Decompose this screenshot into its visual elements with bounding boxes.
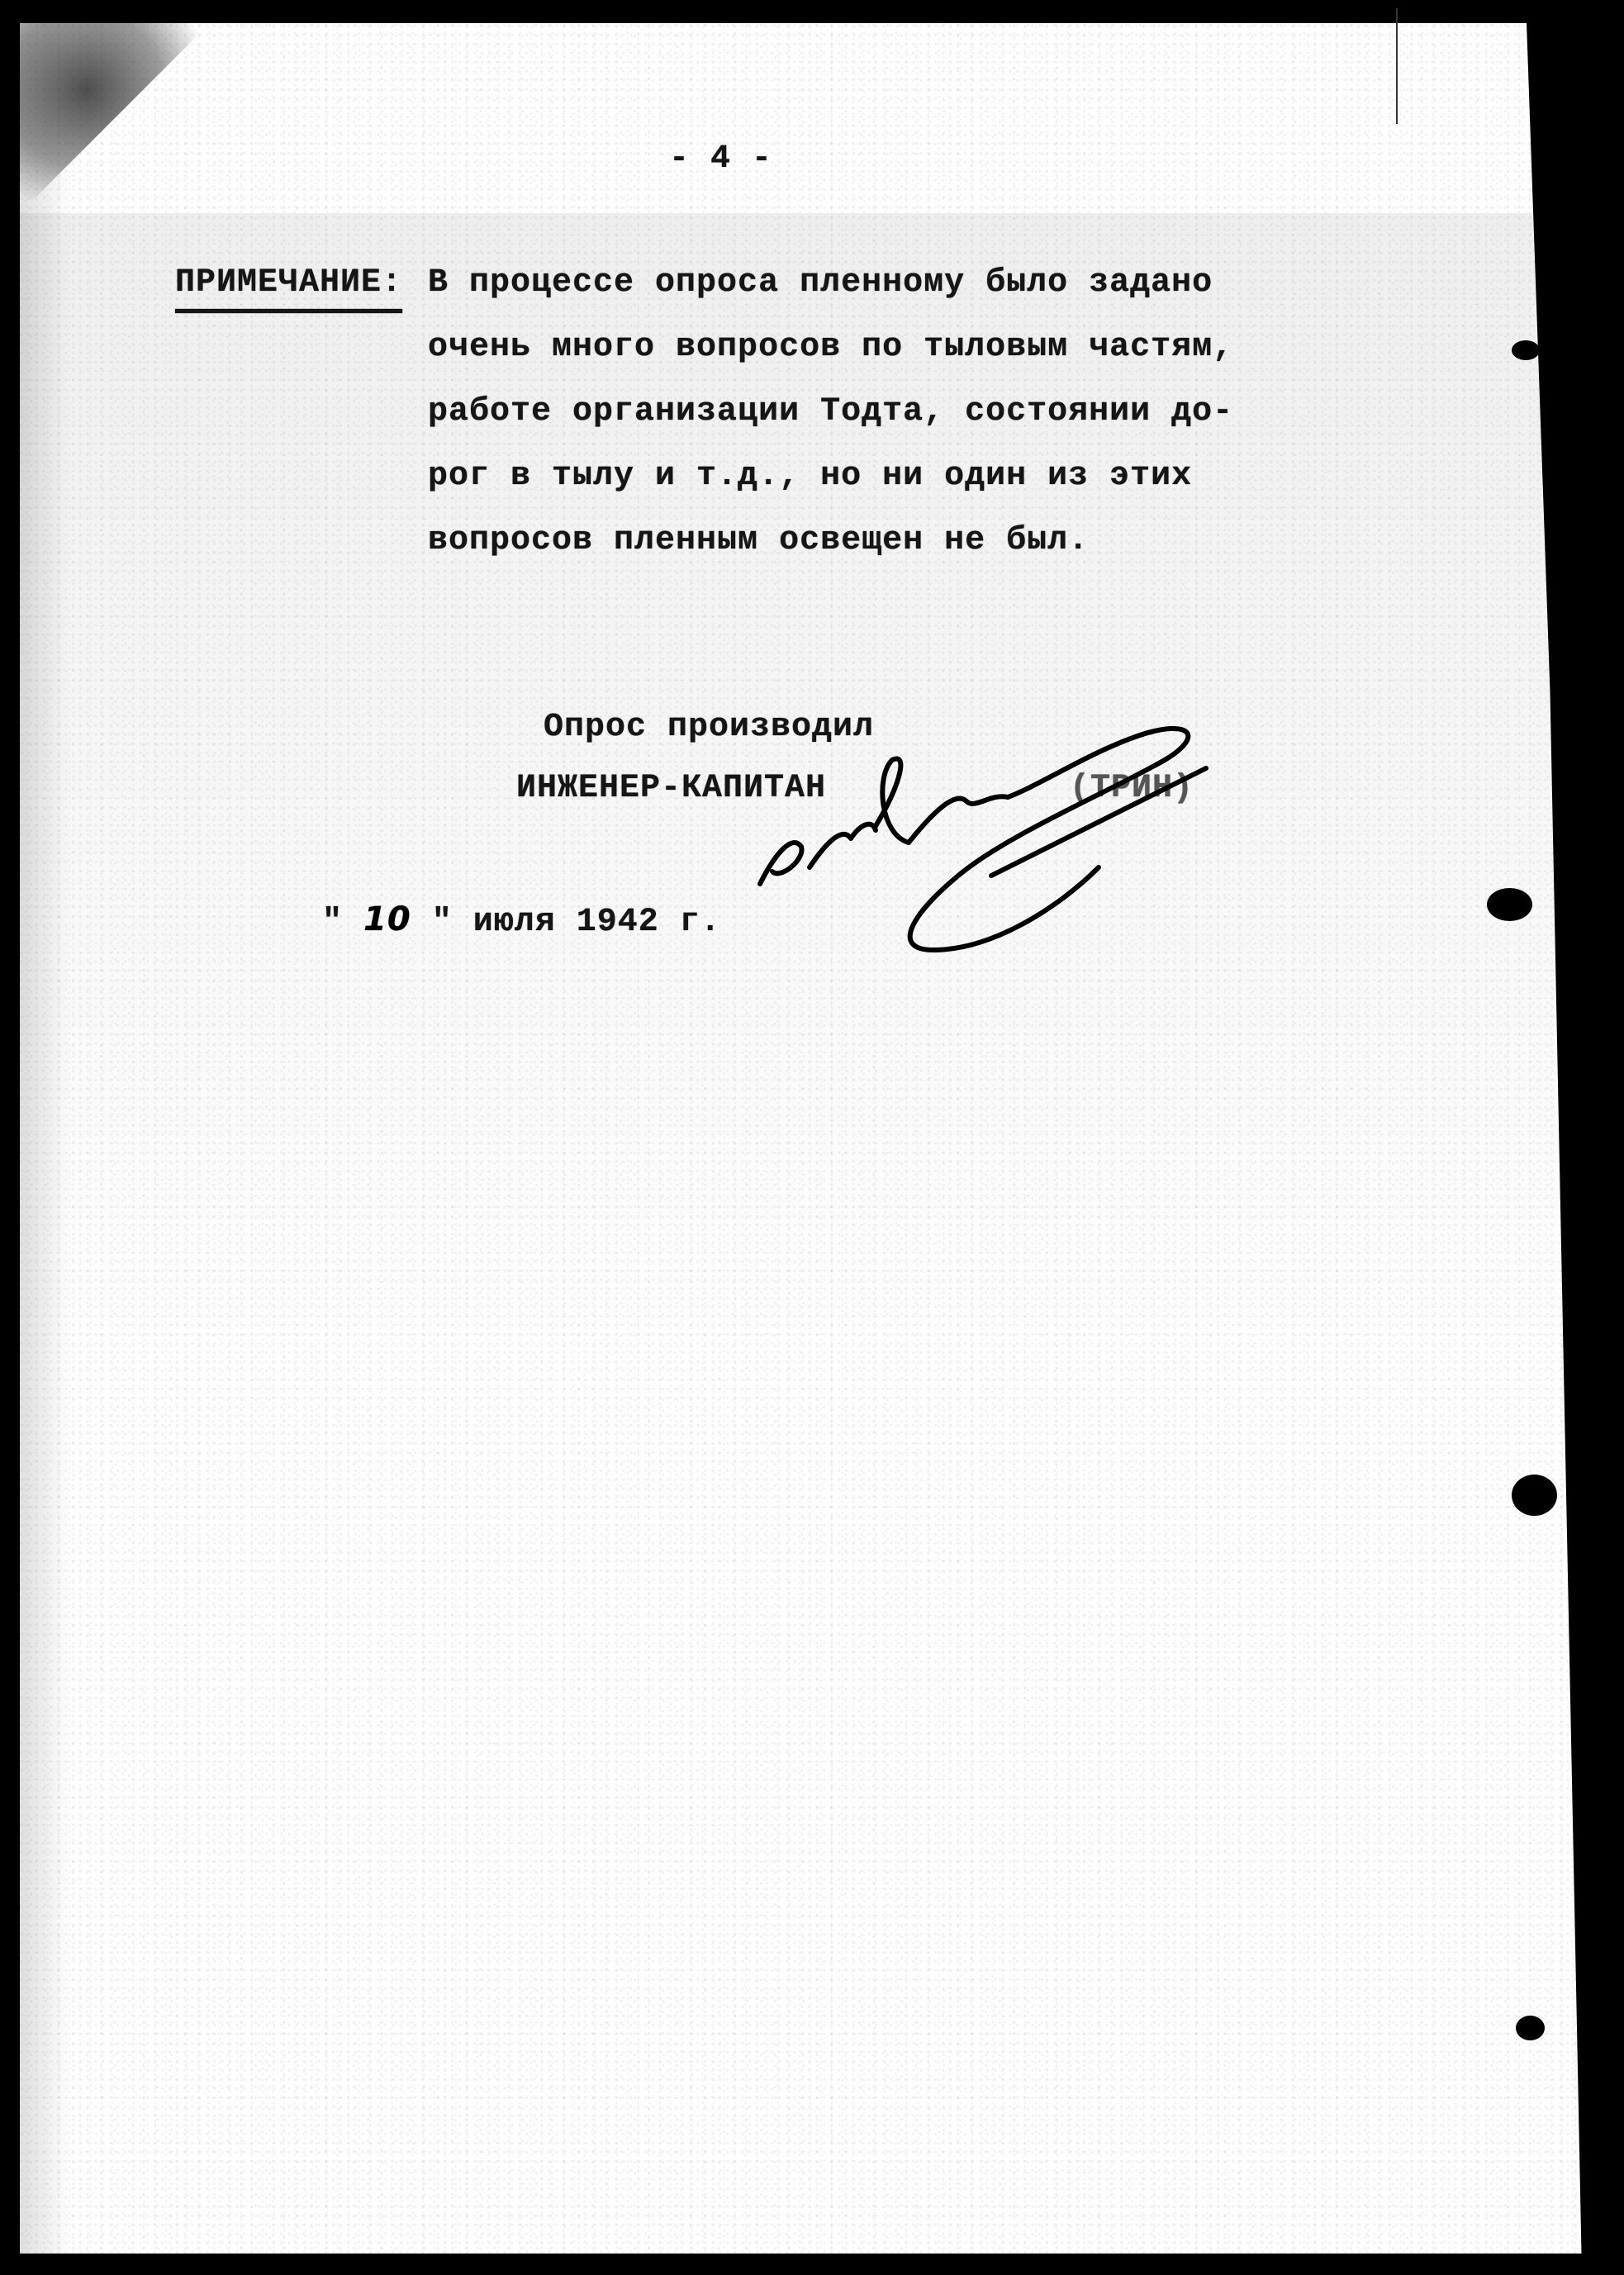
date-day: 10 <box>363 900 411 938</box>
date-open-quote: " <box>322 904 343 941</box>
note-line: очень много вопросов по тыловым частям, <box>428 329 1233 366</box>
punch-hole-mark <box>1512 1475 1557 1516</box>
note-line: В процессе опроса пленному было задано <box>428 264 1213 302</box>
punch-hole-mark <box>1487 888 1532 921</box>
note-line: рог в тылу и т.д., но ни один из этих <box>428 458 1192 495</box>
date-close-quote: " <box>432 904 453 941</box>
scan-artifact-line <box>1396 8 1398 124</box>
note-label: ПРИМЕЧАНИЕ: <box>175 264 402 302</box>
punch-hole-mark <box>1516 2016 1545 2040</box>
note-line: вопросов пленным освещен не был. <box>428 522 1089 559</box>
corner-smudge <box>20 23 210 213</box>
punch-hole-mark <box>1512 340 1540 360</box>
signature-icon <box>743 702 1239 967</box>
note-line: работе организации Тодта, состоянии до- <box>428 393 1233 430</box>
page-number: - 4 - <box>669 140 772 178</box>
scan-edge-shadow <box>20 23 69 2254</box>
date-line: " 10 " июля 1942 г. <box>322 900 721 941</box>
date-month-year: июля 1942 г. <box>473 904 721 941</box>
